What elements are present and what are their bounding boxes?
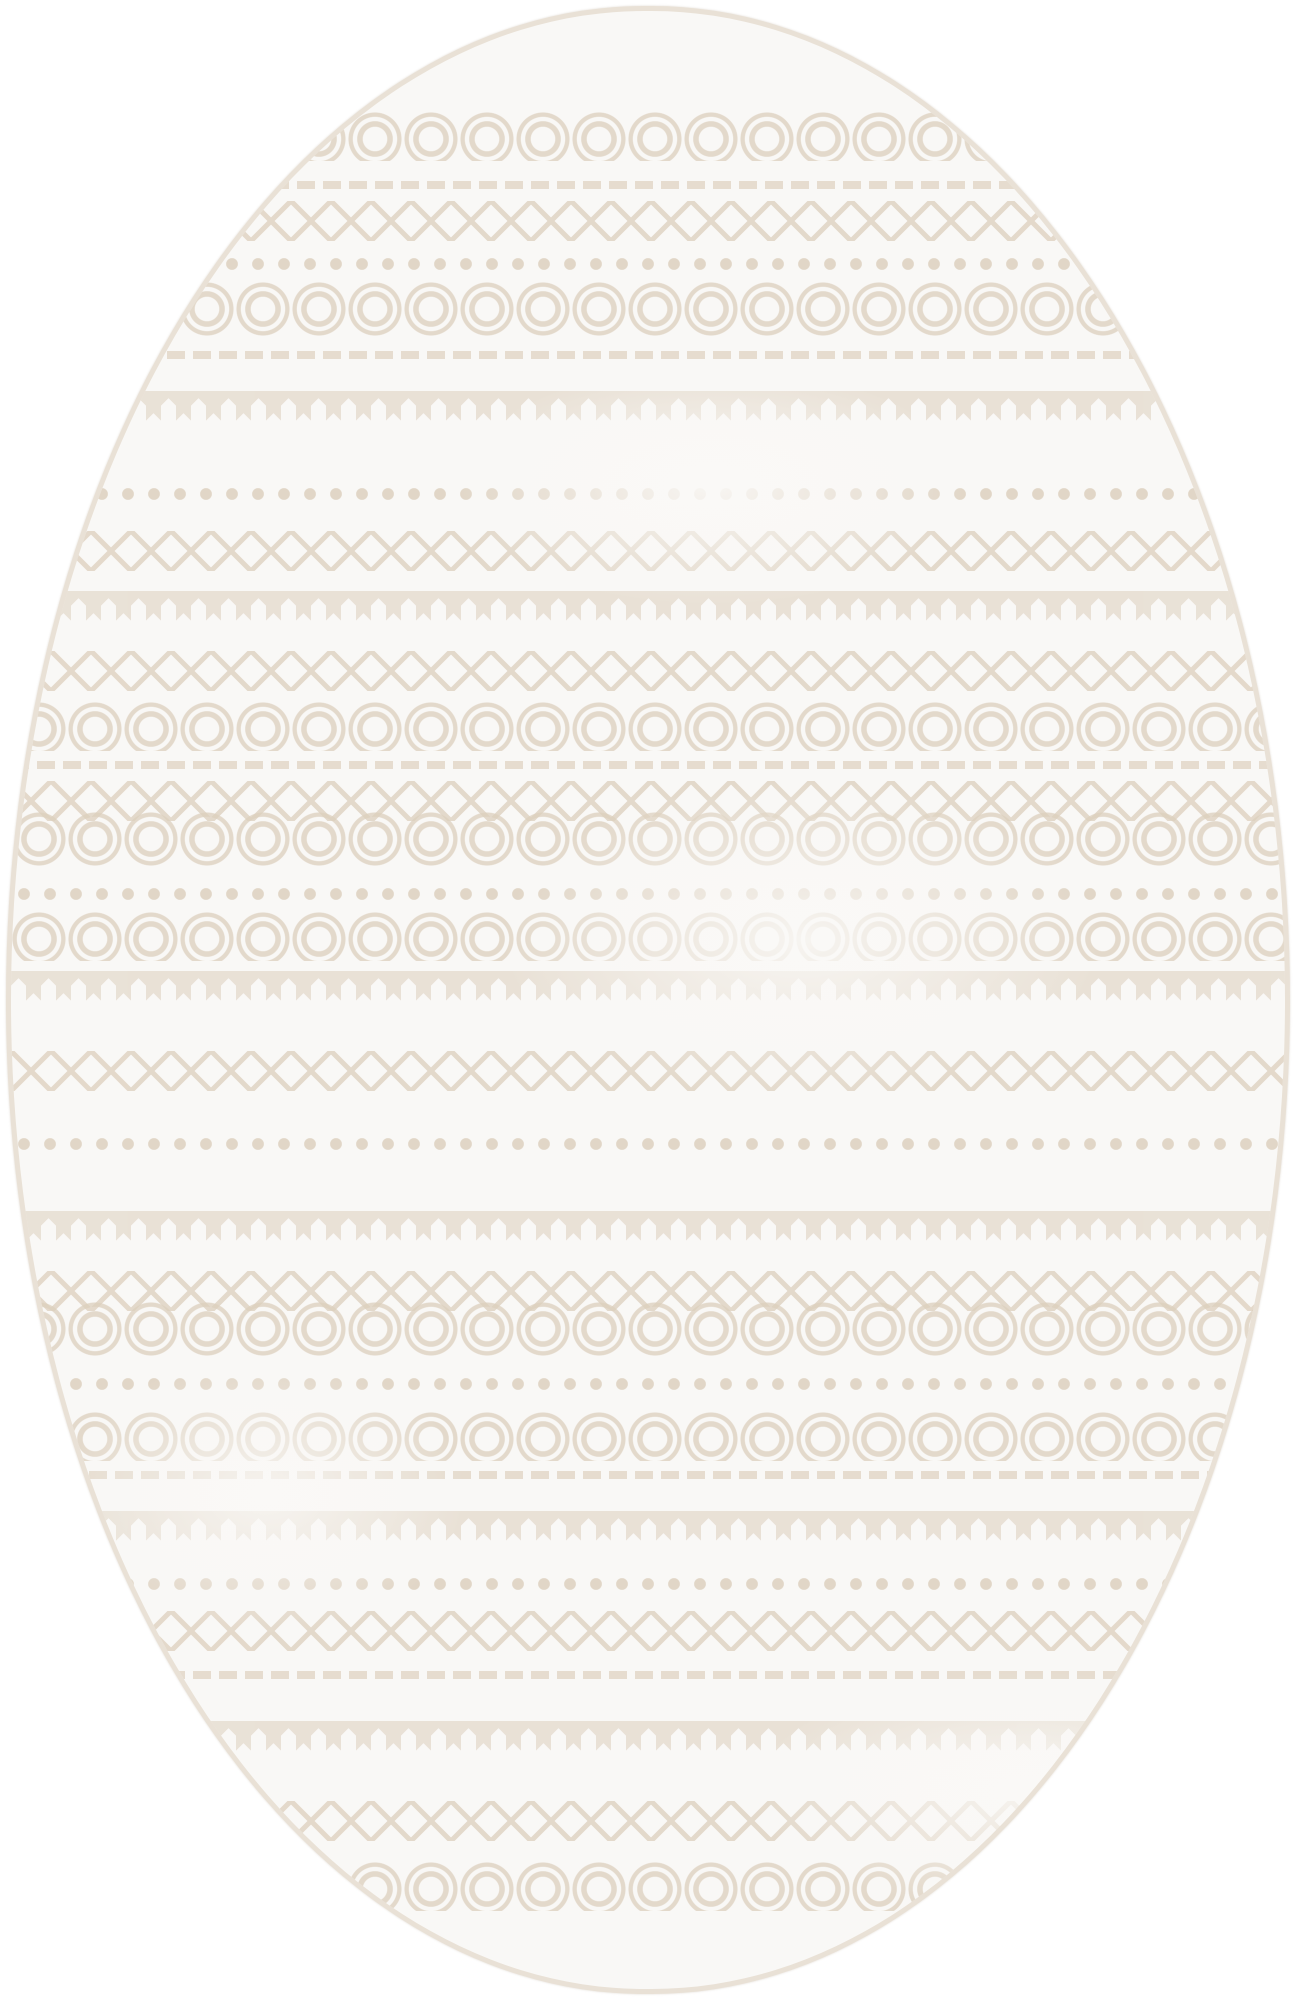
distressed-wash bbox=[11, 11, 1285, 1989]
oval-rug bbox=[6, 6, 1290, 1994]
